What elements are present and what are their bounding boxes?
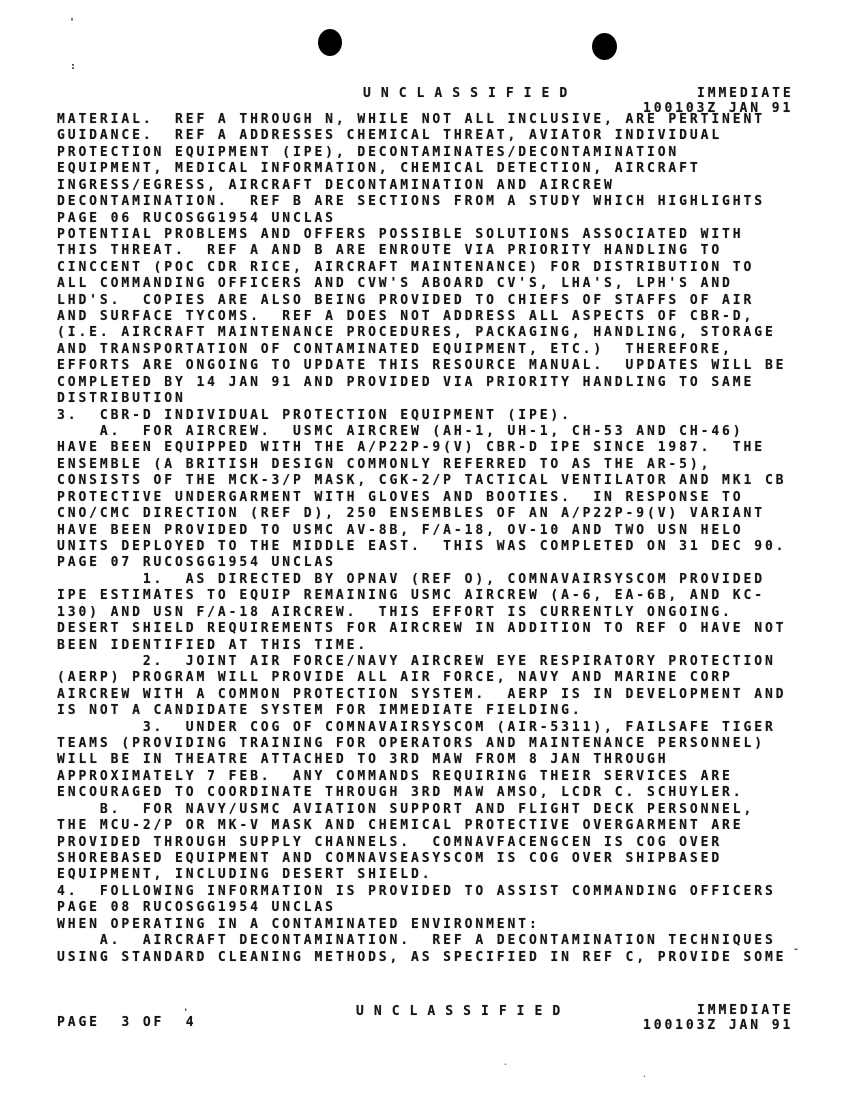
scan-artifact: ' xyxy=(69,17,75,28)
scan-artifact: . xyxy=(642,1070,647,1079)
footer-classification-banner: U N C L A S S I F I E D xyxy=(356,1004,561,1019)
scan-artifact: : xyxy=(70,61,76,72)
hole-punch-icon xyxy=(318,29,342,56)
hole-punch-icon xyxy=(592,33,617,60)
header-precedence: IMMEDIATE xyxy=(697,86,794,101)
scan-artifact: - xyxy=(793,944,799,955)
message-body-text: MATERIAL. REF A THROUGH N, WHILE NOT ALL… xyxy=(57,112,786,966)
scanned-message-page: ' : ' - . . U N C L A S S I F I E D IMME… xyxy=(0,0,850,1097)
header-classification-banner: U N C L A S S I F I E D xyxy=(363,86,568,101)
footer-page-number: PAGE 3 OF 4 xyxy=(57,1015,196,1030)
scan-artifact: . xyxy=(503,1058,508,1067)
footer-precedence: IMMEDIATE xyxy=(697,1003,794,1018)
footer-datetime-group: 100103Z JAN 91 xyxy=(643,1018,793,1033)
